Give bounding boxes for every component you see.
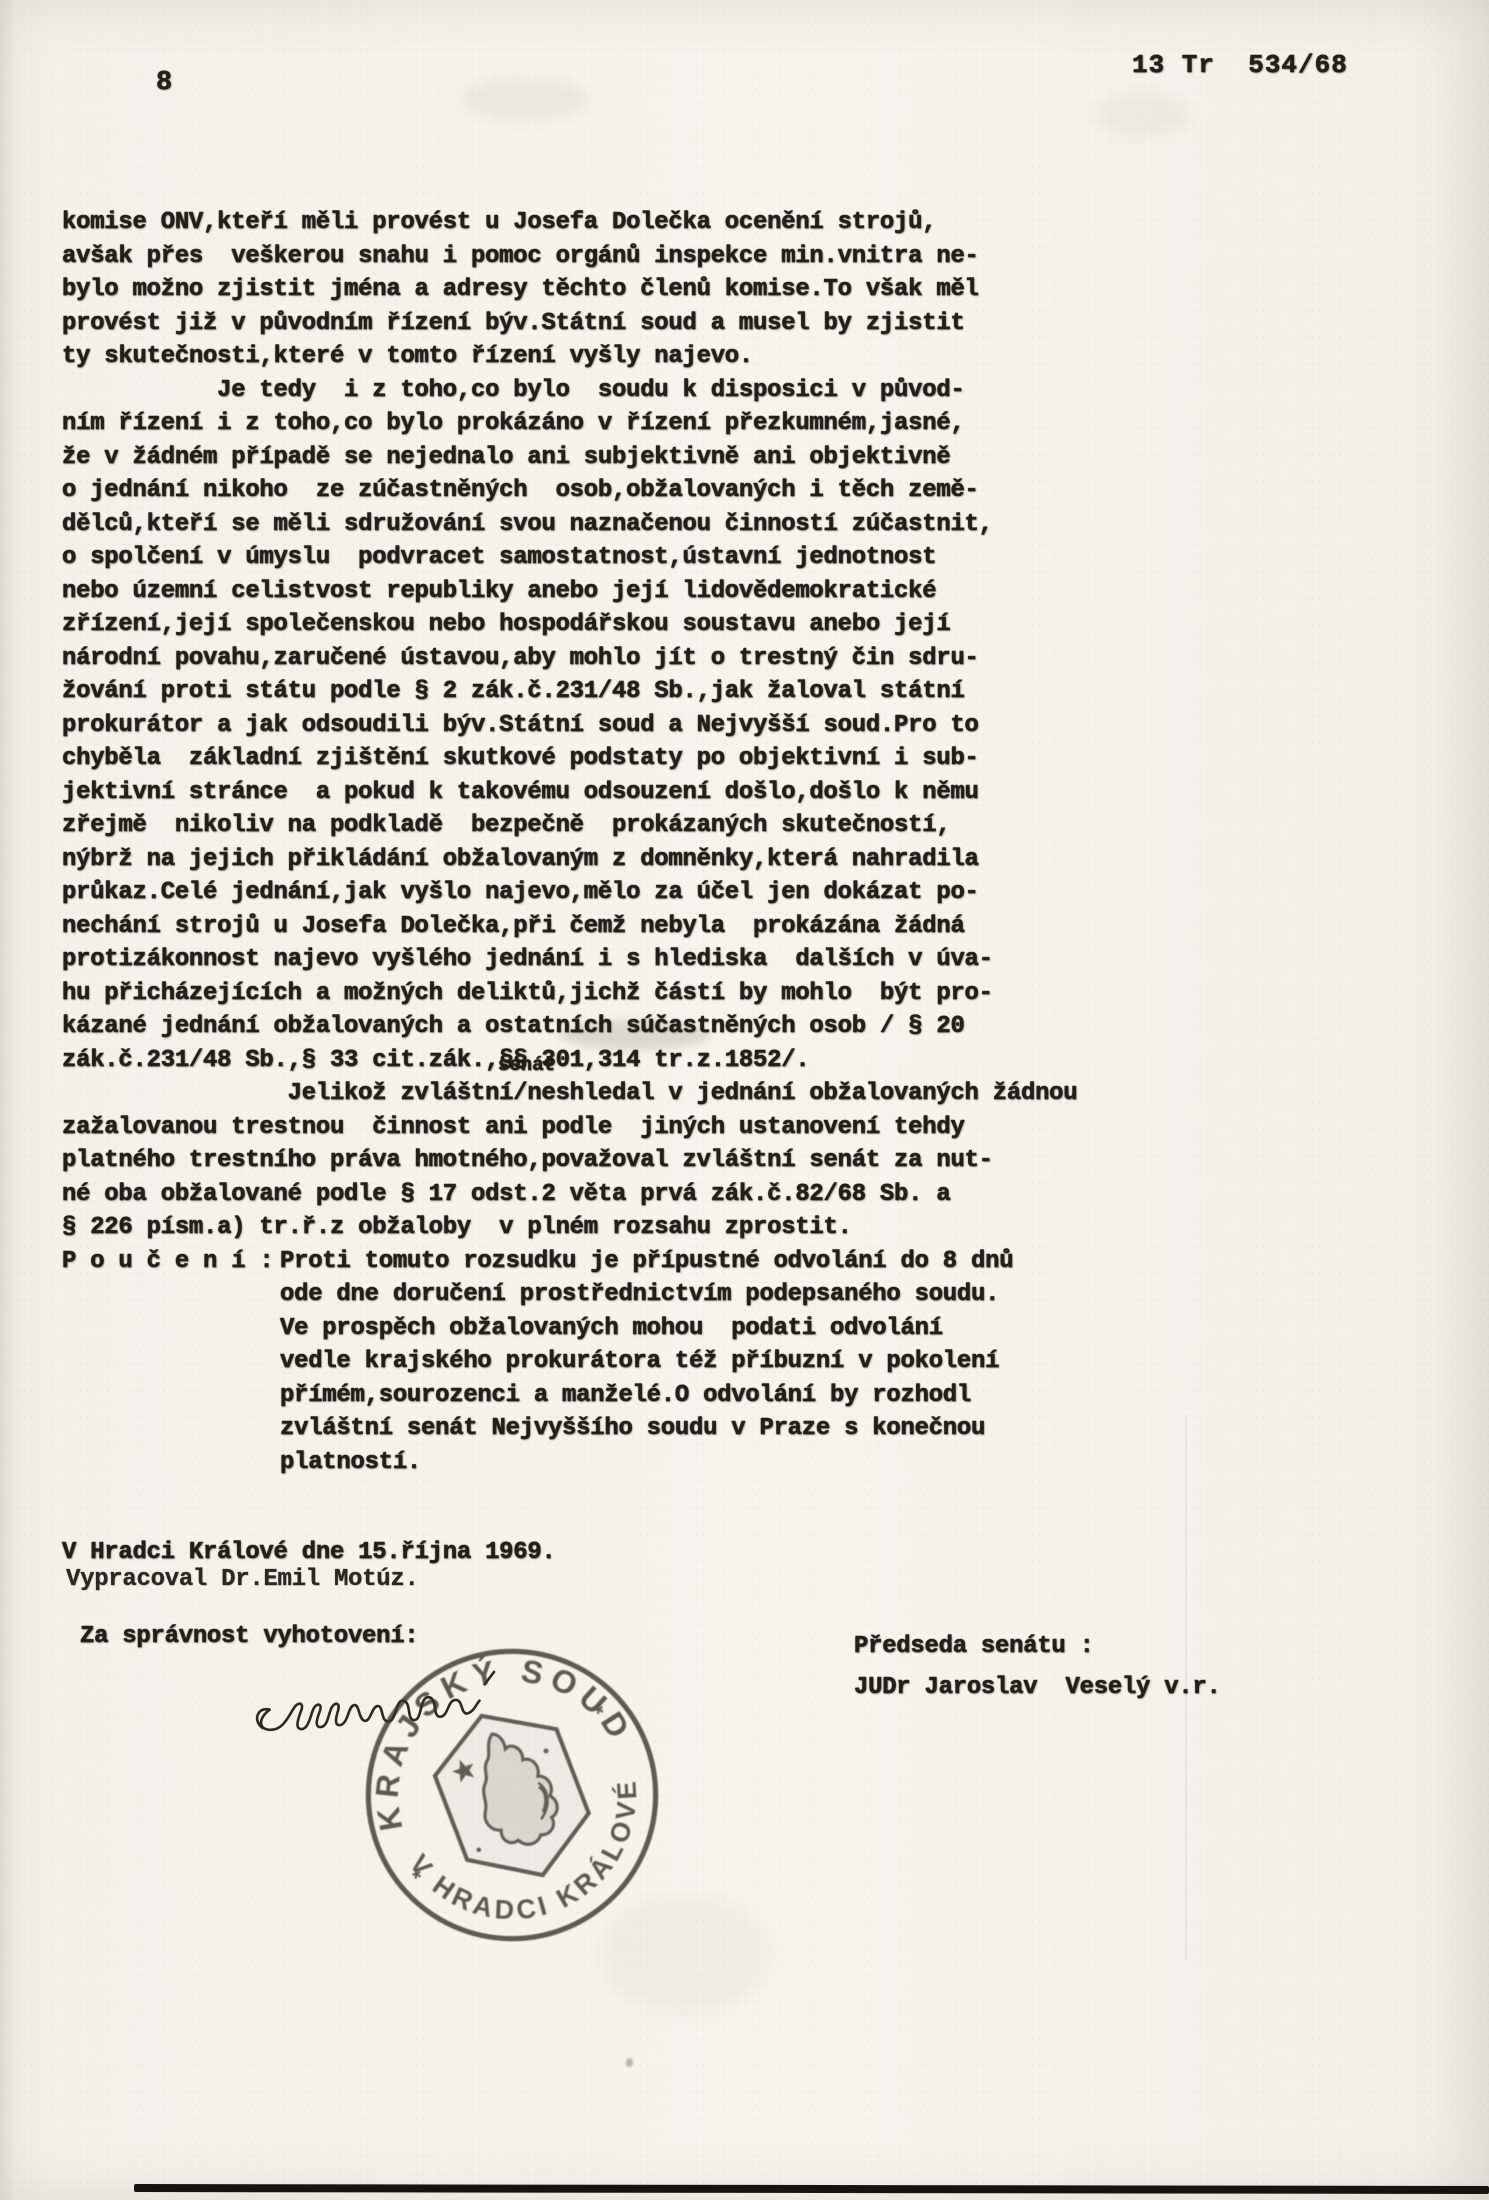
presiding-judge-name: JUDr Jaroslav Veselý v.r. <box>854 1671 1221 1705</box>
appeal-instruction-block: P o u č e n í : Proti tomuto rozsudku je… <box>62 1245 1122 1480</box>
paragraph-commission-onv: komise ONV,kteří měli provést u Josefa D… <box>62 206 1122 374</box>
scan-speck <box>626 2058 633 2067</box>
certification-label: Za správnost vyhotovení: <box>80 1620 418 1654</box>
czechoslovak-lion-emblem <box>421 1693 604 1899</box>
case-number: 13 Tr 534/68 <box>1132 50 1348 80</box>
presiding-judge-title: Předseda senátu : <box>854 1630 1094 1664</box>
instruction-label: P o u č e n í : <box>62 1245 280 1480</box>
author-line: Vypracoval Dr.Emil Motúz. <box>66 1565 419 1595</box>
scan-bottom-edge <box>134 2184 1489 2194</box>
judgment-body-text: komise ONV,kteří měli provést u Josefa D… <box>62 206 1122 1479</box>
typed-insertion-senat: senát <box>498 1056 555 1075</box>
paragraph-findings: Je tedy i z toho,co bylo soudu k disposi… <box>62 374 1122 1078</box>
scan-smudge <box>460 78 590 120</box>
place-date-line: V Hradci Králové dne 15.října 1969. <box>62 1538 556 1568</box>
scanned-court-document-page: 8 13 Tr 534/68 komise ONV,kteří měli pro… <box>0 0 1489 2200</box>
page-number: 8 <box>156 68 172 98</box>
scan-smudge <box>1095 92 1190 138</box>
instruction-text: Proti tomuto rozsudku je přípustné odvol… <box>280 1245 1013 1480</box>
paragraph-acquittal: Jelikož zvláštní/neshledal v jednání obž… <box>62 1077 1122 1245</box>
